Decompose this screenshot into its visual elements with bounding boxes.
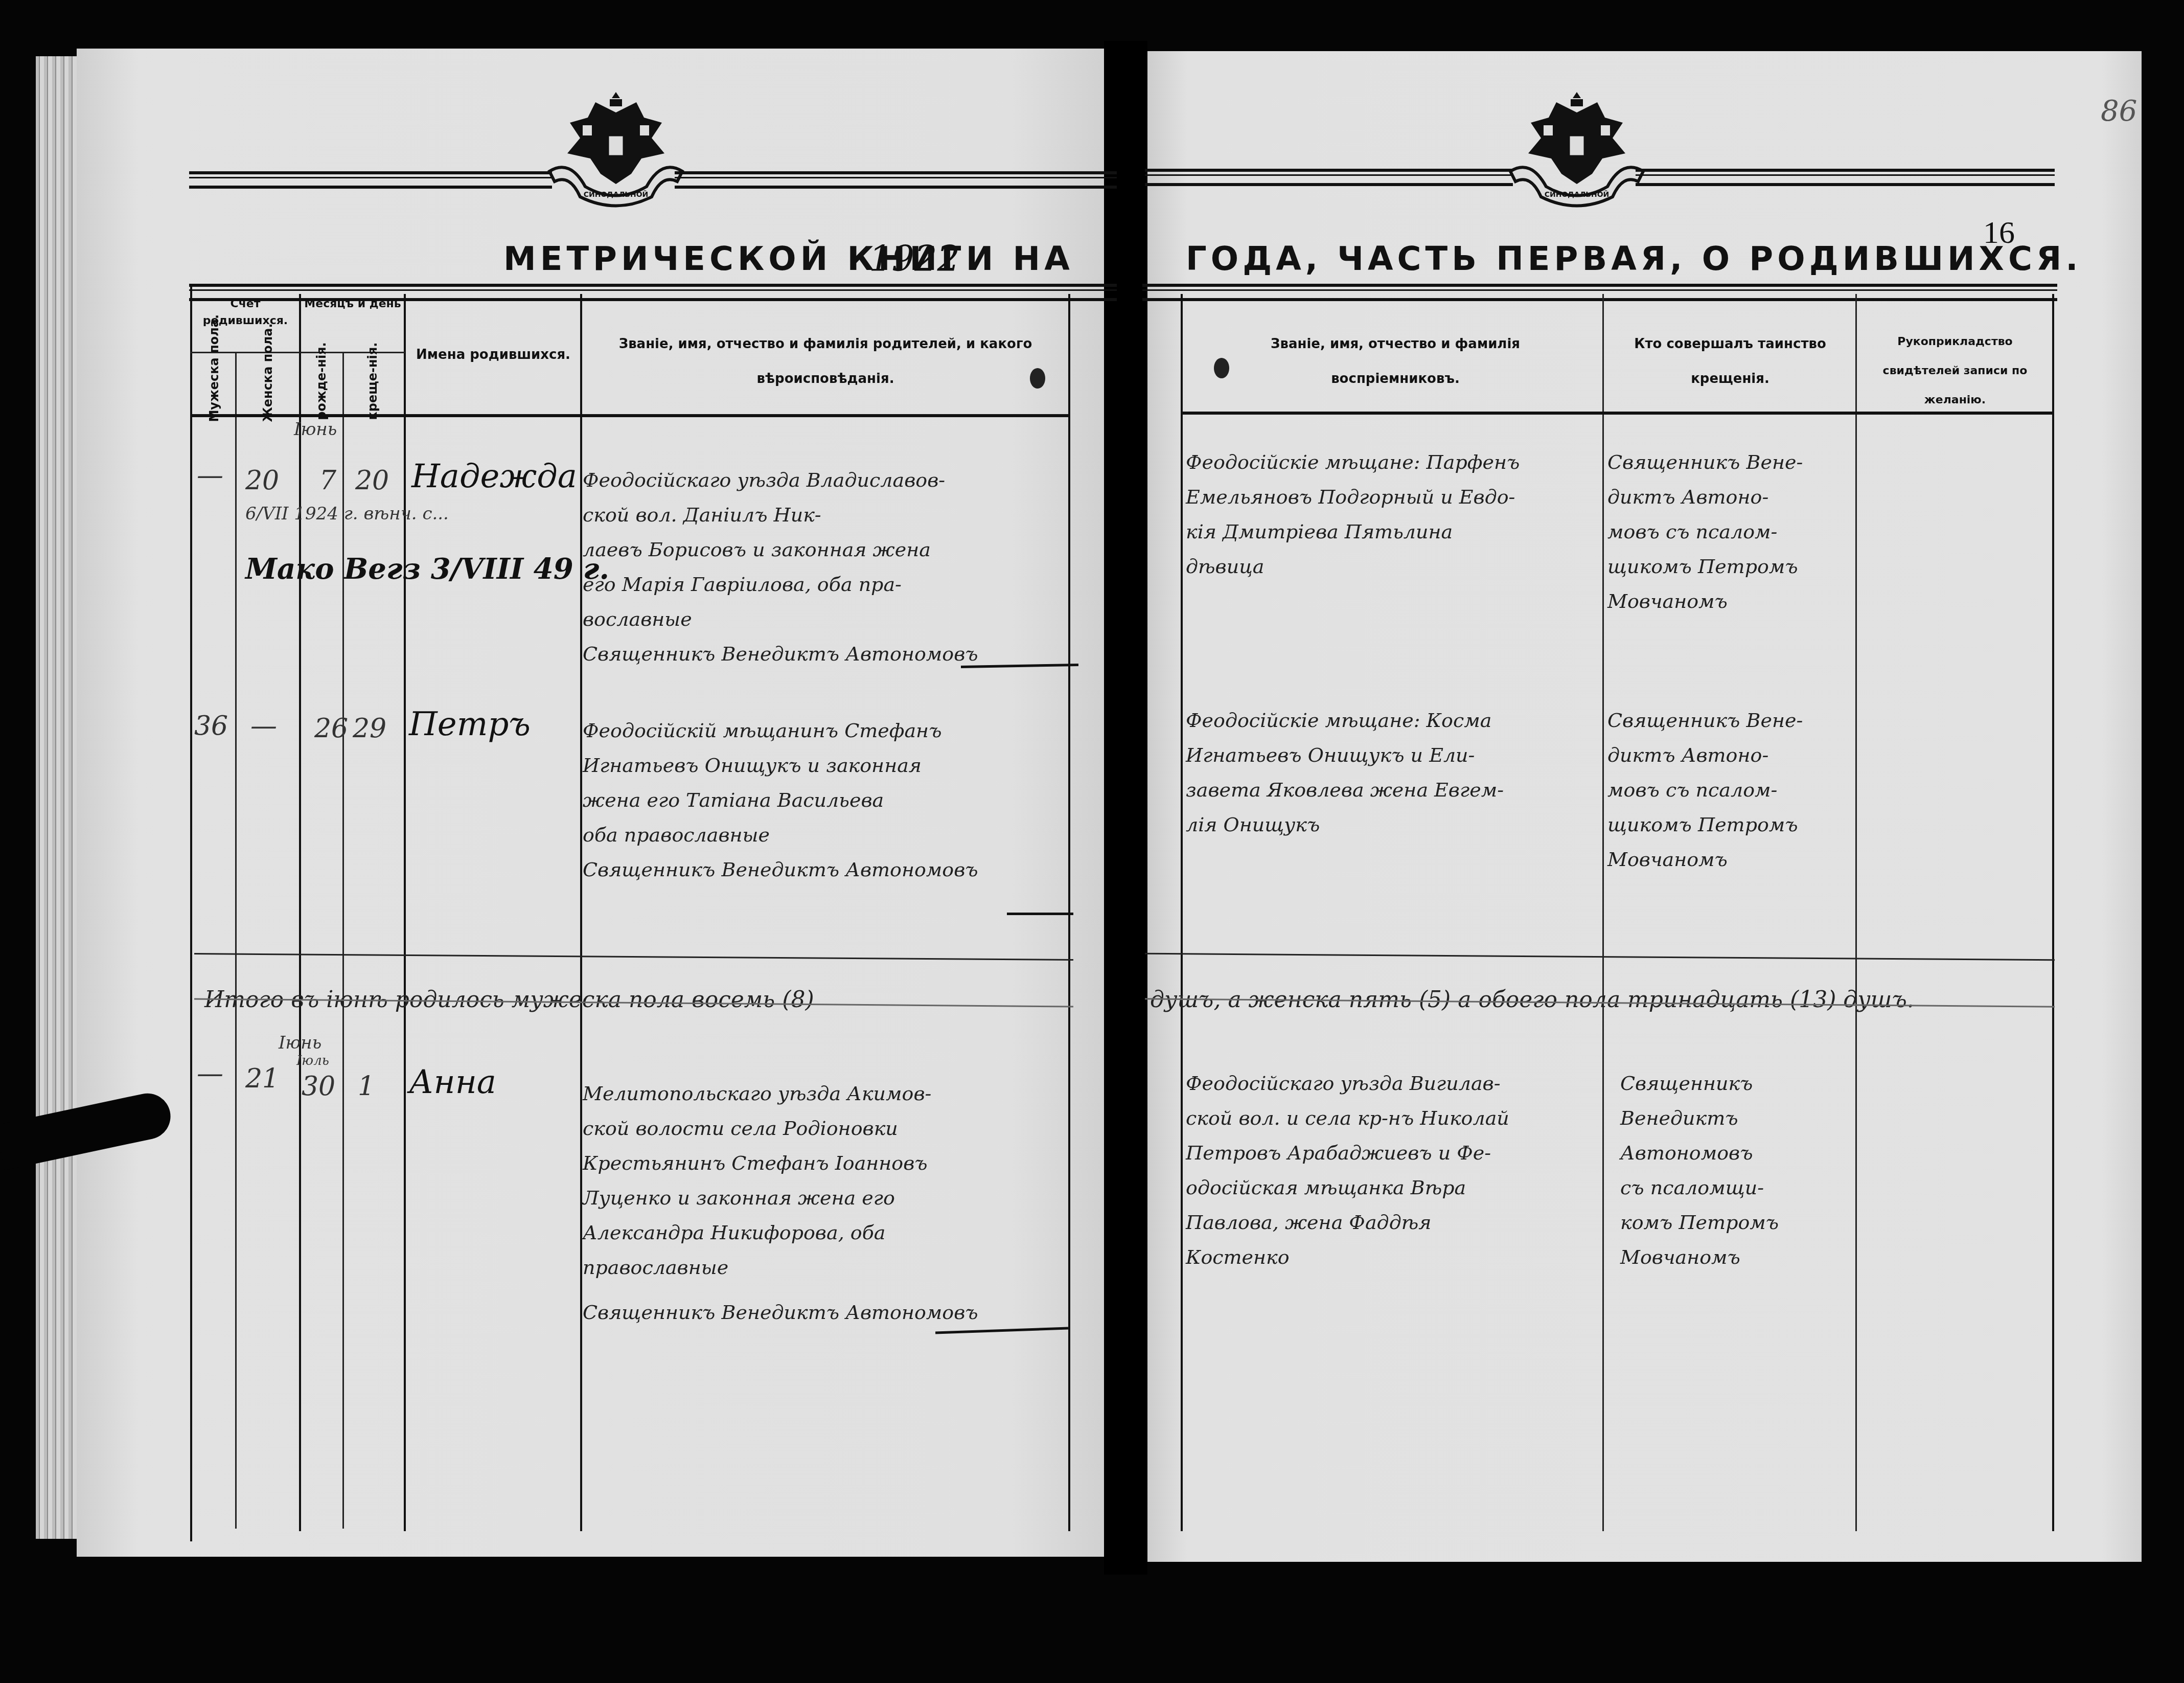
godparents-cell: Феодосійскіе мѣщане: Парфенъ Емельяновъ … xyxy=(1186,445,1605,584)
col-divider xyxy=(404,294,406,1531)
margin-note-annotation: Мако Вегз 3/VIII 49 г. xyxy=(245,552,609,586)
book-gutter xyxy=(1104,41,1147,1575)
godparents-line: Павлова, жена Фаддѣя xyxy=(1186,1205,1605,1240)
parents-cell: Мелитопольскаго уѣзда Акимов- ской волос… xyxy=(583,1076,1068,1330)
performed-by-line: Священникъ Вене- xyxy=(1607,445,1853,480)
header-male: Мужеска пола. xyxy=(206,340,222,422)
header-female: Женска пола. xyxy=(260,340,276,422)
performed-by-line: комъ Петромъ xyxy=(1620,1205,1855,1240)
svg-text:СИНОДАЛЬНОЙ: СИНОДАЛЬНОЙ xyxy=(584,190,649,199)
double-headed-eagle-icon: СИНОДАЛЬНОЙ xyxy=(1500,82,1653,215)
godparents-line: завета Яковлева жена Евгем- xyxy=(1186,772,1605,807)
godparents-line: дѣвица xyxy=(1186,549,1605,584)
parents-line: оба православные xyxy=(583,817,1068,852)
godparents-line: кія Дмитріева Пятьлина xyxy=(1186,514,1605,549)
left-page-title: Метрической книги на xyxy=(503,240,1074,278)
imperial-eagle-emblem-left: СИНОДАЛЬНОЙ xyxy=(539,82,693,215)
parents-line: вославные xyxy=(583,602,1068,636)
birth-day: 7 xyxy=(319,465,336,496)
female-number: — xyxy=(250,711,277,741)
godparents-line: лія Онищукъ xyxy=(1186,807,1605,842)
header-witness-signatures: Рукоприкладство свидѣтелей записи по жел… xyxy=(1858,327,2052,415)
performed-by-line: щикомъ Петромъ xyxy=(1607,549,1853,584)
binding-hole xyxy=(1030,368,1045,389)
godparents-line: Феодосійскіе мѣщане: Парфенъ xyxy=(1186,445,1605,480)
female-number: 20 xyxy=(245,465,279,496)
female-number: 21 xyxy=(245,1063,279,1094)
month-label: Іюнь xyxy=(294,419,337,440)
performed-by-cell: Священникъ Вене- диктъ Автоно- мовъ съ п… xyxy=(1607,445,1853,619)
male-number: 36 xyxy=(194,711,228,741)
performed-by-line: мовъ съ псалом- xyxy=(1607,772,1853,807)
performed-by-line: Мовчаномъ xyxy=(1620,1240,1855,1275)
godparents-line: ской вол. и села кр-нъ Николай xyxy=(1186,1101,1605,1135)
right-page-title: года, часть первая, о родившихся. xyxy=(1186,240,2082,278)
child-name: Петръ xyxy=(409,706,531,743)
godparents-line: Емельяновъ Подгорный и Евдо- xyxy=(1186,480,1605,514)
performed-by-line: Священникъ xyxy=(1620,1066,1855,1101)
imperial-eagle-emblem-right: СИНОДАЛЬНОЙ xyxy=(1500,82,1653,215)
header-performed-by: Кто совершалъ таинство крещенія. xyxy=(1605,327,1855,396)
header-names: Имена родившихся. xyxy=(406,343,580,368)
signature-underline xyxy=(1007,913,1073,915)
child-name: Надежда xyxy=(411,458,577,495)
margin-note-marriage: 6/VII 1924 г. вѣнч. с... xyxy=(245,504,449,524)
top-rule-left-b xyxy=(675,171,1117,189)
performed-by-line: Мовчаномъ xyxy=(1607,584,1853,619)
top-rule-left-a xyxy=(189,171,552,189)
top-rule-right-b xyxy=(1636,169,2055,186)
priest-signature: Священникъ Венедиктъ Автономовъ xyxy=(583,1295,1068,1330)
page-stack-edge xyxy=(36,56,82,1539)
child-name: Анна xyxy=(409,1063,496,1101)
performed-by-cell: Священникъ Венедиктъ Автономовъ съ псало… xyxy=(1620,1066,1855,1275)
birth-day: 26 xyxy=(314,713,348,744)
baptism-day: 1 xyxy=(358,1071,375,1102)
col-divider xyxy=(235,353,237,1529)
binding-hole xyxy=(1214,358,1229,378)
parents-line: Феодосійскій мѣщанинъ Стефанъ xyxy=(583,713,1068,748)
header-baptism: креще-нія. xyxy=(365,340,381,422)
parents-line: лаевъ Борисовъ и законная жена xyxy=(583,532,1068,567)
table-top-rule-right xyxy=(1142,284,2057,301)
performed-by-line: Священникъ Вене- xyxy=(1607,703,1853,738)
performed-by-line: щикомъ Петромъ xyxy=(1607,807,1853,842)
performed-by-line: Венедиктъ xyxy=(1620,1101,1855,1135)
month-correction: Іюль xyxy=(296,1053,329,1068)
col-divider xyxy=(580,294,582,1531)
table-border-right xyxy=(2052,294,2054,1531)
page-number: 16 xyxy=(1983,215,2015,251)
godparents-line: Феодосійскаго уѣзда Вигилав- xyxy=(1186,1066,1605,1101)
priest-signature: Священникъ Венедиктъ Автономовъ xyxy=(583,852,1068,887)
header-godparents: Званіе, имя, отчество и фамилія воспріем… xyxy=(1191,327,1600,396)
birth-day: 30 xyxy=(302,1071,335,1102)
col-divider xyxy=(1181,294,1183,1531)
parents-line: Александра Никифорова, оба xyxy=(583,1215,1068,1250)
performed-by-line: диктъ Автоно- xyxy=(1607,480,1853,514)
parents-line: Феодосійскаго уѣзда Владиславов- xyxy=(583,463,1068,497)
performed-by-cell: Священникъ Вене- диктъ Автоно- мовъ съ п… xyxy=(1607,703,1853,877)
godparents-line: Костенко xyxy=(1186,1240,1605,1275)
svg-text:СИНОДАЛЬНОЙ: СИНОДАЛЬНОЙ xyxy=(1545,190,1610,199)
male-number: — xyxy=(197,1058,223,1089)
godparents-cell: Феодосійскіе мѣщане: Косма Игнатьевъ Они… xyxy=(1186,703,1605,842)
parents-line: Крестьянинъ Стефанъ Іоанновъ xyxy=(583,1146,1068,1180)
godparents-cell: Феодосійскаго уѣзда Вигилав- ской вол. и… xyxy=(1186,1066,1605,1275)
performed-by-line: мовъ съ псалом- xyxy=(1607,514,1853,549)
performed-by-line: съ псаломщи- xyxy=(1620,1170,1855,1205)
col-divider xyxy=(299,294,301,1531)
performed-by-line: Мовчаномъ xyxy=(1607,842,1853,877)
parents-line: Игнатьевъ Онищукъ и законная xyxy=(583,748,1068,783)
godparents-line: Феодосійскіе мѣщане: Косма xyxy=(1186,703,1605,738)
parents-cell: Феодосійскій мѣщанинъ Стефанъ Игнатьевъ … xyxy=(583,713,1068,887)
parents-line: ской вол. Даніилъ Ник- xyxy=(583,497,1068,532)
handwritten-year: 1922 xyxy=(869,238,960,280)
male-number: — xyxy=(197,460,223,491)
parents-cell: Феодосійскаго уѣзда Владиславов- ской во… xyxy=(583,463,1068,671)
col-divider xyxy=(1855,294,1857,1531)
parents-line: его Марія Гаврiилова, оба пра- xyxy=(583,567,1068,602)
performed-by-line: Автономовъ xyxy=(1620,1135,1855,1170)
month-label: Іюнь xyxy=(279,1033,321,1053)
parents-line: жена его Татіана Васильева xyxy=(583,783,1068,817)
performed-by-line: диктъ Автоно- xyxy=(1607,738,1853,772)
baptism-day: 29 xyxy=(353,713,386,744)
godparents-line: Игнатьевъ Онищукъ и Ели- xyxy=(1186,738,1605,772)
baptism-day: 20 xyxy=(355,465,389,496)
header-parents: Званіе, имя, отчество и фамилія родителе… xyxy=(588,327,1063,396)
godparents-line: одосійская мѣщанка Вѣра xyxy=(1186,1170,1605,1205)
header-birth: рожде-нія. xyxy=(314,340,330,422)
header-month-day-group: Месяцъ и день xyxy=(302,295,404,312)
table-border-left xyxy=(190,284,192,1541)
godparents-line: Петровъ Арабаджиевъ и Фе- xyxy=(1186,1135,1605,1170)
col-divider xyxy=(342,353,344,1529)
parents-line: православные xyxy=(583,1250,1068,1285)
top-rule-right-a xyxy=(1145,169,1513,186)
folio-number: 86 xyxy=(2101,95,2137,128)
parents-line: ской волости села Родіоновки xyxy=(583,1111,1068,1146)
parents-line: Луценко и законная жена его xyxy=(583,1180,1068,1215)
parents-line: Мелитопольскаго уѣзда Акимов- xyxy=(583,1076,1068,1111)
double-headed-eagle-icon: СИНОДАЛЬНОЙ xyxy=(539,82,693,215)
